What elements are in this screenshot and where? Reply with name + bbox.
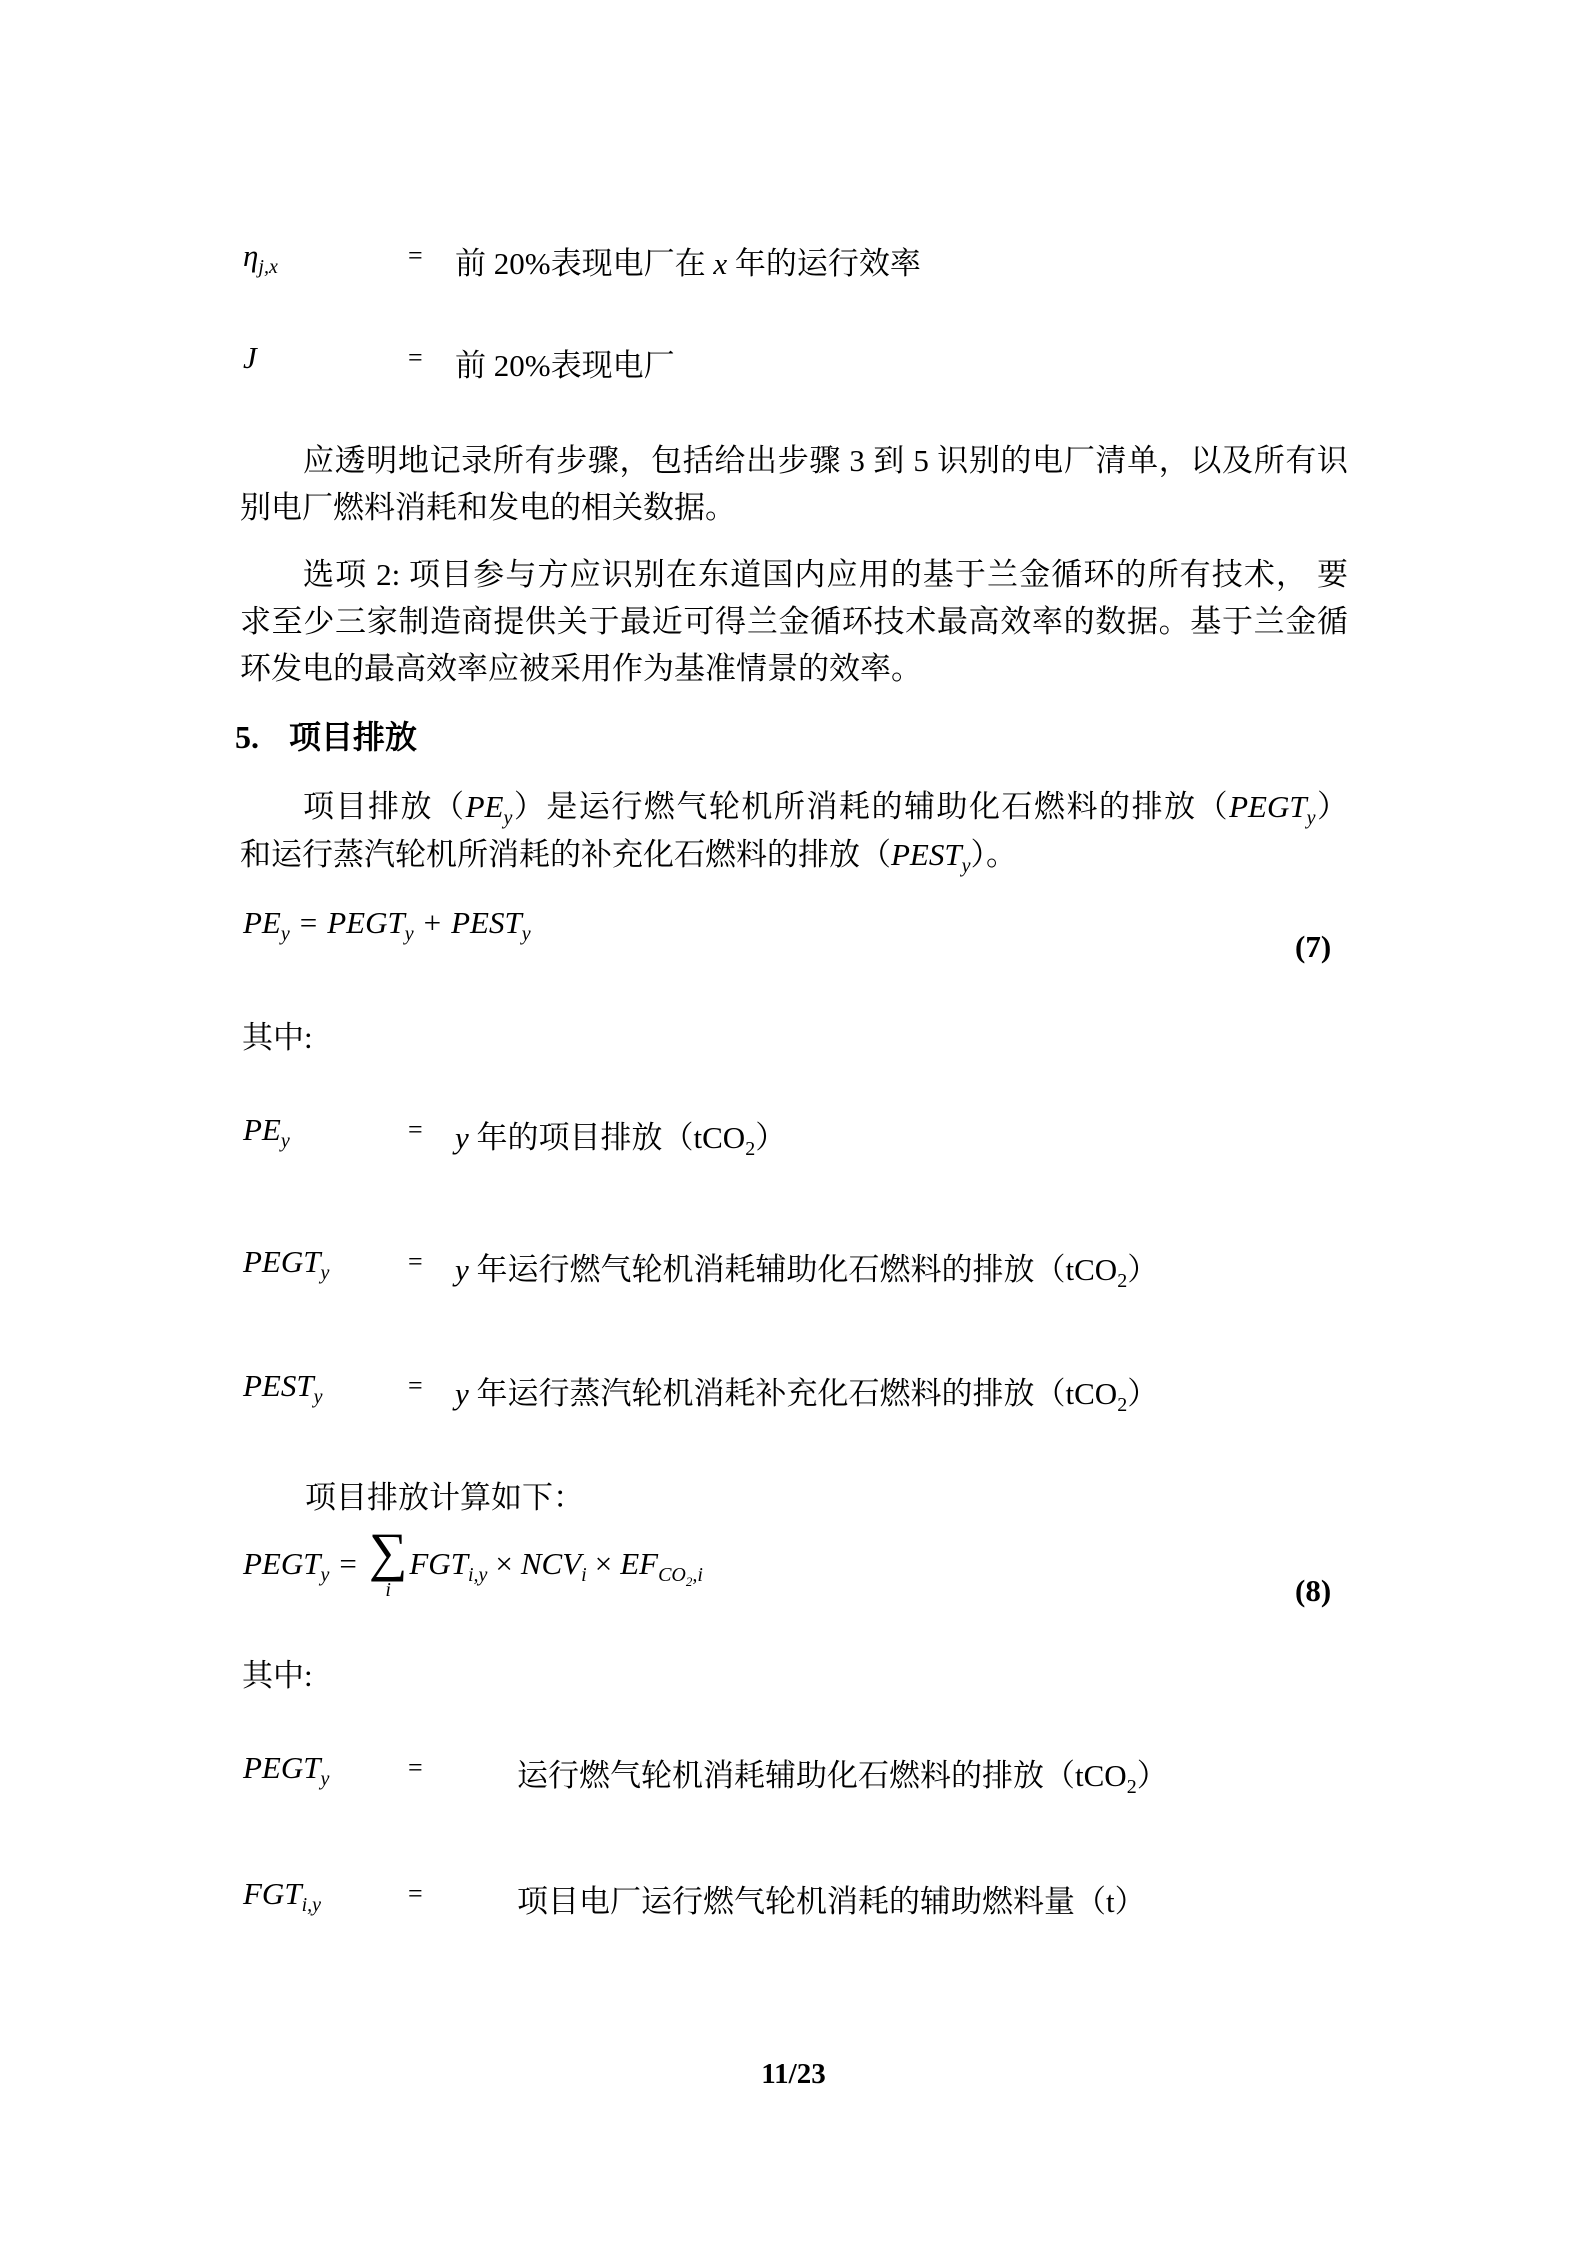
- definition-row-eta: ηj,x = 前 20%表现电厂在 x 年的运行效率: [0, 238, 1587, 298]
- paragraph-line: 和运行蒸汽轮机所消耗的补充化石燃料的排放（PESTy）。: [240, 831, 1348, 879]
- definition-row-pegt-2: PEGTy = 运行燃气轮机消耗辅助化石燃料的排放（tCO2）: [0, 1750, 1587, 1810]
- symbol-j: J: [243, 340, 257, 376]
- symbol-subscript: i,y: [302, 1894, 321, 1916]
- inline-variable: PE: [466, 789, 504, 824]
- chemical-subscript: 2: [1117, 1270, 1127, 1292]
- summation-symbol: ∑i: [369, 1528, 408, 1600]
- definition-text: 前 20%表现电厂: [455, 340, 675, 385]
- formula-7: PEy = PEGTy + PESTy: [243, 905, 531, 941]
- definition-text: 运行燃气轮机消耗辅助化石燃料的排放（tCO2）: [517, 1750, 1168, 1795]
- definition-row-pest: PESTy = y 年运行蒸汽轮机消耗补充化石燃料的排放（tCO2）: [0, 1368, 1587, 1428]
- definition-text-tail: ）: [1137, 1758, 1168, 1793]
- chemical-subscript: 2: [745, 1138, 755, 1160]
- definition-text-tail: ）: [755, 1120, 786, 1155]
- variable: EF: [620, 1546, 658, 1581]
- paragraph-text: ）: [1316, 789, 1349, 824]
- symbol-pegt-y: PEGTy: [243, 1244, 329, 1280]
- heading-number: 5.: [235, 719, 259, 755]
- equals-sign: =: [408, 1371, 423, 1401]
- calculation-intro-line: 项目排放计算如下：: [305, 1472, 584, 1517]
- definition-text-body: 年的项目排放（tCO: [469, 1120, 745, 1155]
- inline-variable: y: [455, 1252, 469, 1287]
- equation-number-7: (7): [1295, 929, 1331, 965]
- section-heading-project-emissions: 5.项目排放: [235, 712, 417, 758]
- equals-sign: =: [408, 1247, 423, 1277]
- definition-text: 前 20%表现电厂在 x 年的运行效率: [455, 238, 921, 283]
- symbol-base: PEST: [243, 1368, 314, 1403]
- definition-text: y 年的项目排放（tCO2）: [455, 1112, 786, 1157]
- definition-row-fgt: FGTi,y = 项目电厂运行燃气轮机消耗的辅助燃料量（t）: [0, 1876, 1587, 1936]
- symbol-subscript: y: [281, 1130, 290, 1152]
- inline-variable: x: [713, 246, 727, 281]
- paragraph-line: 项目排放（PEy）是运行燃气轮机所消耗的辅助化石燃料的排放（PEGTy）: [240, 783, 1348, 831]
- paragraph-line: 环发电的最高效率应被采用作为基准情景的效率。: [240, 645, 1348, 692]
- symbol-base: η: [243, 238, 258, 273]
- paragraph-option-2: 选项 2: 项目参与方应识别在东道国内应用的基于兰金循环的所有技术， 要 求至少…: [240, 551, 1348, 692]
- variable: NCV: [521, 1546, 581, 1581]
- inline-variable-subscript: y: [962, 855, 971, 877]
- symbol-base: J: [243, 340, 257, 375]
- symbol-pe-y: PEy: [243, 1112, 290, 1148]
- symbol-subscript: y: [321, 1262, 330, 1284]
- definition-text-tail: ）: [1127, 1252, 1158, 1287]
- formula-term: PESTy: [451, 905, 531, 941]
- definition-text-body: 项目电厂运行燃气轮机消耗的辅助燃料量（t）: [517, 1884, 1146, 1919]
- symbol-subscript: j,x: [258, 256, 277, 278]
- definition-row-pe: PEy = y 年的项目排放（tCO2）: [0, 1112, 1587, 1172]
- paragraph-text: ）是运行燃气轮机所消耗的辅助化石燃料的排放（: [512, 789, 1229, 824]
- definition-text: y 年运行蒸汽轮机消耗补充化石燃料的排放（tCO2）: [455, 1368, 1158, 1413]
- equals-sign: =: [408, 1879, 423, 1909]
- chemical-subscript: 2: [1127, 1776, 1137, 1798]
- definition-text: 项目电厂运行燃气轮机消耗的辅助燃料量（t）: [517, 1876, 1146, 1921]
- definition-text-post: 年的运行效率: [727, 246, 921, 281]
- formula-term: EFCO2,i: [620, 1546, 703, 1582]
- inline-variable: y: [455, 1120, 469, 1155]
- variable-subscript: y: [321, 1564, 330, 1586]
- variable: PEGT: [327, 905, 405, 940]
- summation-index: i: [385, 1580, 391, 1600]
- variable-subscript: y: [281, 923, 290, 945]
- symbol-pegt-y: PEGTy: [243, 1750, 329, 1786]
- variable: PEST: [451, 905, 522, 940]
- formula-term: FGTi,y: [409, 1546, 487, 1582]
- formula-term: PEGTy: [243, 1546, 329, 1582]
- variable: PE: [243, 905, 281, 940]
- variable-subscript: i: [581, 1564, 587, 1586]
- where-label: 其中:: [242, 1650, 313, 1695]
- inline-variable-subscript: y: [1307, 807, 1316, 829]
- definition-text-body: 年运行燃气轮机消耗辅助化石燃料的排放（tCO: [469, 1252, 1117, 1287]
- inline-variable: y: [455, 1376, 469, 1411]
- paragraph-line: 别电厂燃料消耗和发电的相关数据。: [240, 484, 1348, 531]
- inline-variable: PEST: [891, 837, 962, 872]
- multiply-sign: ×: [495, 1546, 512, 1582]
- definition-text-pre: 前 20%表现电厂: [455, 348, 675, 383]
- subscript-main: CO: [658, 1564, 686, 1586]
- paragraph-project-emissions-intro: 项目排放（PEy）是运行燃气轮机所消耗的辅助化石燃料的排放（PEGTy） 和运行…: [240, 783, 1348, 879]
- equals-sign: =: [408, 241, 423, 271]
- formula-term: NCVi: [521, 1546, 587, 1582]
- symbol-subscript: y: [314, 1386, 323, 1408]
- definition-text-body: 年运行蒸汽轮机消耗补充化石燃料的排放（tCO: [469, 1376, 1117, 1411]
- formula-term: PEGTy: [327, 905, 413, 941]
- paragraph-line: 求至少三家制造商提供关于最近可得兰金循环技术最高效率的数据。基于兰金循: [240, 598, 1348, 645]
- variable-subscript: y: [405, 923, 414, 945]
- document-page: ηj,x = 前 20%表现电厂在 x 年的运行效率 J = 前 20%表现电厂…: [0, 0, 1587, 2245]
- symbol-pest-y: PESTy: [243, 1368, 323, 1404]
- variable-subscript: CO2,i: [658, 1564, 703, 1586]
- paragraph-text: 项目排放（: [303, 789, 466, 824]
- symbol-subscript: y: [321, 1768, 330, 1790]
- equals-sign: =: [339, 1546, 356, 1582]
- page-number: 11/23: [0, 2058, 1587, 2091]
- variable: PEGT: [243, 1546, 321, 1581]
- symbol-fgt-iy: FGTi,y: [243, 1876, 321, 1912]
- paragraph-line: 应透明地记录所有步骤，包括给出步骤 3 到 5 识别的电厂清单，以及所有识: [240, 437, 1348, 484]
- chemical-subscript: 2: [1117, 1394, 1127, 1416]
- symbol-base: PEGT: [243, 1244, 321, 1279]
- inline-variable-subscript: y: [503, 807, 512, 829]
- plus-sign: +: [424, 905, 441, 941]
- multiply-sign: ×: [595, 1546, 612, 1582]
- paragraph-text: 和运行蒸汽轮机所消耗的补充化石燃料的排放（: [240, 837, 891, 872]
- where-label: 其中:: [242, 1012, 313, 1057]
- paragraph-line: 选项 2: 项目参与方应识别在东道国内应用的基于兰金循环的所有技术， 要: [240, 551, 1348, 598]
- definition-text-body: 运行燃气轮机消耗辅助化石燃料的排放（tCO: [517, 1758, 1127, 1793]
- symbol-base: PE: [243, 1112, 281, 1147]
- equals-sign: =: [408, 1115, 423, 1145]
- definition-row-pegt: PEGTy = y 年运行燃气轮机消耗辅助化石燃料的排放（tCO2）: [0, 1244, 1587, 1304]
- paragraph-text: ）。: [971, 837, 1018, 872]
- heading-title: 项目排放: [289, 719, 417, 755]
- equation-number-8: (8): [1295, 1573, 1331, 1609]
- symbol-base: FGT: [243, 1876, 302, 1911]
- symbol-base: PEGT: [243, 1750, 321, 1785]
- definition-text-pre: 前 20%表现电厂在: [455, 246, 713, 281]
- definition-text: y 年运行燃气轮机消耗辅助化石燃料的排放（tCO2）: [455, 1244, 1158, 1289]
- equals-sign: =: [408, 343, 423, 373]
- definition-text-tail: ）: [1127, 1376, 1158, 1411]
- variable-subscript: y: [522, 923, 531, 945]
- variable: FGT: [409, 1546, 468, 1581]
- formula-8: PEGTy = ∑i FGTi,y × NCVi × EFCO2,i: [243, 1528, 703, 1600]
- equals-sign: =: [408, 1753, 423, 1783]
- sigma-icon: ∑: [369, 1528, 408, 1578]
- definition-row-j: J = 前 20%表现电厂: [0, 340, 1587, 400]
- paragraph-record-steps: 应透明地记录所有步骤，包括给出步骤 3 到 5 识别的电厂清单，以及所有识 别电…: [240, 437, 1348, 531]
- equals-sign: =: [300, 905, 317, 941]
- variable-subscript: i,y: [468, 1564, 487, 1586]
- symbol-eta-jx: ηj,x: [243, 238, 278, 274]
- subscript-tail: ,i: [692, 1564, 703, 1586]
- formula-term: PEy: [243, 905, 290, 941]
- inline-variable: PEGT: [1229, 789, 1307, 824]
